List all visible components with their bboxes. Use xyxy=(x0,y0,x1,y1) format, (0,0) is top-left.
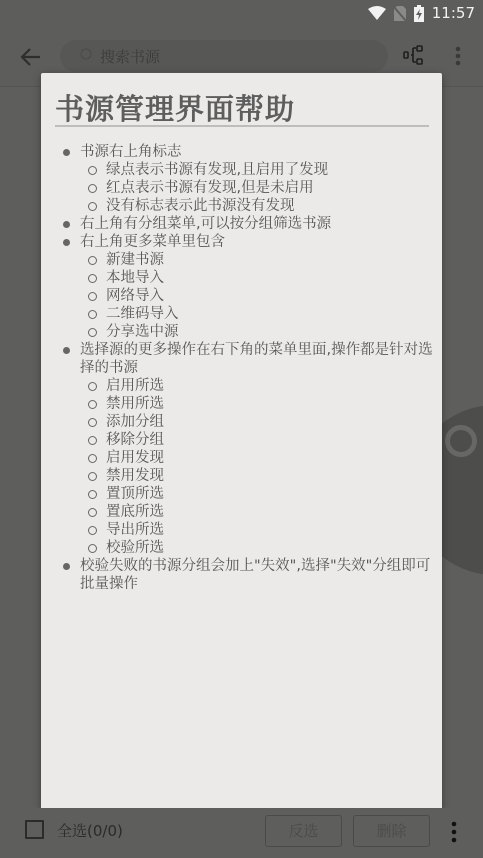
help-item: 右上角更多菜单里包含 xyxy=(63,233,433,251)
help-item: 书源右上角标志 xyxy=(63,143,433,161)
help-subitem: 禁用发现 xyxy=(63,467,433,485)
help-subitem-text: 绿点表示书源有发现,且启用了发现 xyxy=(106,162,328,178)
help-subitem-text: 没有标志表示此书源没有发现 xyxy=(106,198,295,214)
help-subitem: 新建书源 xyxy=(63,251,433,269)
bullet-circle-icon xyxy=(88,418,97,427)
bullet-circle-icon xyxy=(88,166,97,175)
dialog-title: 书源管理界面帮助 xyxy=(55,87,295,128)
help-subitem: 添加分组 xyxy=(63,413,433,431)
help-item-text: 书源右上角标志 xyxy=(80,144,182,160)
help-subitem: 二维码导入 xyxy=(63,305,433,323)
help-subitem: 本地导入 xyxy=(63,269,433,287)
bullet-circle-icon xyxy=(88,454,97,463)
bullet-circle-icon xyxy=(88,508,97,517)
bullet-circle-icon xyxy=(88,436,97,445)
help-subitem: 移除分组 xyxy=(63,431,433,449)
bullet-circle-icon xyxy=(88,382,97,391)
help-subitem-text: 禁用发现 xyxy=(106,468,164,484)
search-placeholder: 搜索书源 xyxy=(100,46,160,67)
bullet-circle-icon xyxy=(88,472,97,481)
help-subitem-text: 新建书源 xyxy=(106,252,164,268)
help-subitem: 启用所选 xyxy=(63,377,433,395)
help-subitem: 校验所选 xyxy=(63,539,433,557)
help-subitem-text: 导出所选 xyxy=(106,522,164,538)
delete-button[interactable]: 删除 xyxy=(353,815,430,847)
bullet-disc-icon xyxy=(63,563,70,570)
select-all-label[interactable]: 全选(0/0) xyxy=(57,820,123,841)
help-subitem: 绿点表示书源有发现,且启用了发现 xyxy=(63,161,433,179)
bullet-disc-icon xyxy=(63,149,70,156)
more-vertical-icon[interactable] xyxy=(450,44,466,68)
title-divider xyxy=(55,125,429,127)
help-subitem: 禁用所选 xyxy=(63,395,433,413)
help-list: 书源右上角标志绿点表示书源有发现,且启用了发现红点表示书源有发现,但是未启用没有… xyxy=(63,143,433,593)
help-subitem-text: 置底所选 xyxy=(106,504,164,520)
bottom-action-bar: 全选(0/0) 反选 删除 xyxy=(0,808,483,858)
bullet-circle-icon xyxy=(88,256,97,265)
help-subitem: 置顶所选 xyxy=(63,485,433,503)
more-vertical-icon[interactable] xyxy=(446,820,462,844)
help-subitem-text: 启用所选 xyxy=(106,378,164,394)
bullet-circle-icon xyxy=(88,526,97,535)
help-subitem: 没有标志表示此书源没有发现 xyxy=(63,197,433,215)
invert-selection-button[interactable]: 反选 xyxy=(265,815,342,847)
help-subitem: 导出所选 xyxy=(63,521,433,539)
bullet-circle-icon xyxy=(88,328,97,337)
wifi-icon xyxy=(368,6,386,20)
help-subitem: 分享选中源 xyxy=(63,323,433,341)
bullet-disc-icon xyxy=(63,347,70,354)
clock: 11:57 xyxy=(432,4,475,22)
select-all-checkbox[interactable] xyxy=(25,820,44,839)
help-subitem: 红点表示书源有发现,但是未启用 xyxy=(63,179,433,197)
bullet-circle-icon xyxy=(88,310,97,319)
help-subitem-text: 分享选中源 xyxy=(106,324,179,340)
group-filter-icon[interactable] xyxy=(402,43,426,67)
bullet-disc-icon xyxy=(63,239,70,246)
bullet-circle-icon xyxy=(88,544,97,553)
status-bar: 11:57 xyxy=(0,0,483,28)
bullet-circle-icon xyxy=(88,400,97,409)
bullet-circle-icon xyxy=(88,202,97,211)
help-subitem-text: 置顶所选 xyxy=(106,486,164,502)
help-item-text: 选择源的更多操作在右下角的菜单里面,操作都是针对选择的书源 xyxy=(80,342,433,376)
help-item: 右上角有分组菜单,可以按分组筛选书源 xyxy=(63,215,433,233)
help-subitem-text: 红点表示书源有发现,但是未启用 xyxy=(106,180,314,196)
search-icon xyxy=(80,48,94,62)
help-subitem: 置底所选 xyxy=(63,503,433,521)
back-arrow-icon[interactable] xyxy=(18,44,44,70)
no-sim-icon xyxy=(394,6,406,21)
bullet-circle-icon xyxy=(88,184,97,193)
bullet-circle-icon xyxy=(88,490,97,499)
help-item-text: 右上角更多菜单里包含 xyxy=(80,234,225,250)
help-content: 书源右上角标志绿点表示书源有发现,且启用了发现红点表示书源有发现,但是未启用没有… xyxy=(63,143,433,593)
help-subitem-text: 本地导入 xyxy=(106,270,164,286)
help-subitem: 网络导入 xyxy=(63,287,433,305)
bullet-circle-icon xyxy=(88,274,97,283)
bullet-disc-icon xyxy=(63,221,70,228)
help-subitem-text: 移除分组 xyxy=(106,432,164,448)
bullet-circle-icon xyxy=(88,292,97,301)
help-subitem-text: 二维码导入 xyxy=(106,306,179,322)
help-item: 选择源的更多操作在右下角的菜单里面,操作都是针对选择的书源 xyxy=(63,341,433,377)
help-item-text: 右上角有分组菜单,可以按分组筛选书源 xyxy=(80,216,331,232)
help-item-text: 校验失败的书源分组会加上"失效",选择"失效"分组即可批量操作 xyxy=(80,558,430,592)
help-item: 校验失败的书源分组会加上"失效",选择"失效"分组即可批量操作 xyxy=(63,557,433,593)
help-subitem-text: 添加分组 xyxy=(106,414,164,430)
battery-charging-icon xyxy=(414,5,424,22)
illustration-ring-icon xyxy=(445,425,477,457)
help-subitem-text: 启用发现 xyxy=(106,450,164,466)
help-dialog: 书源管理界面帮助 书源右上角标志绿点表示书源有发现,且启用了发现红点表示书源有发… xyxy=(41,73,442,810)
search-input[interactable]: 搜索书源 xyxy=(60,40,388,72)
help-subitem: 启用发现 xyxy=(63,449,433,467)
help-subitem-text: 禁用所选 xyxy=(106,396,164,412)
help-subitem-text: 网络导入 xyxy=(106,288,164,304)
help-subitem-text: 校验所选 xyxy=(106,540,164,556)
